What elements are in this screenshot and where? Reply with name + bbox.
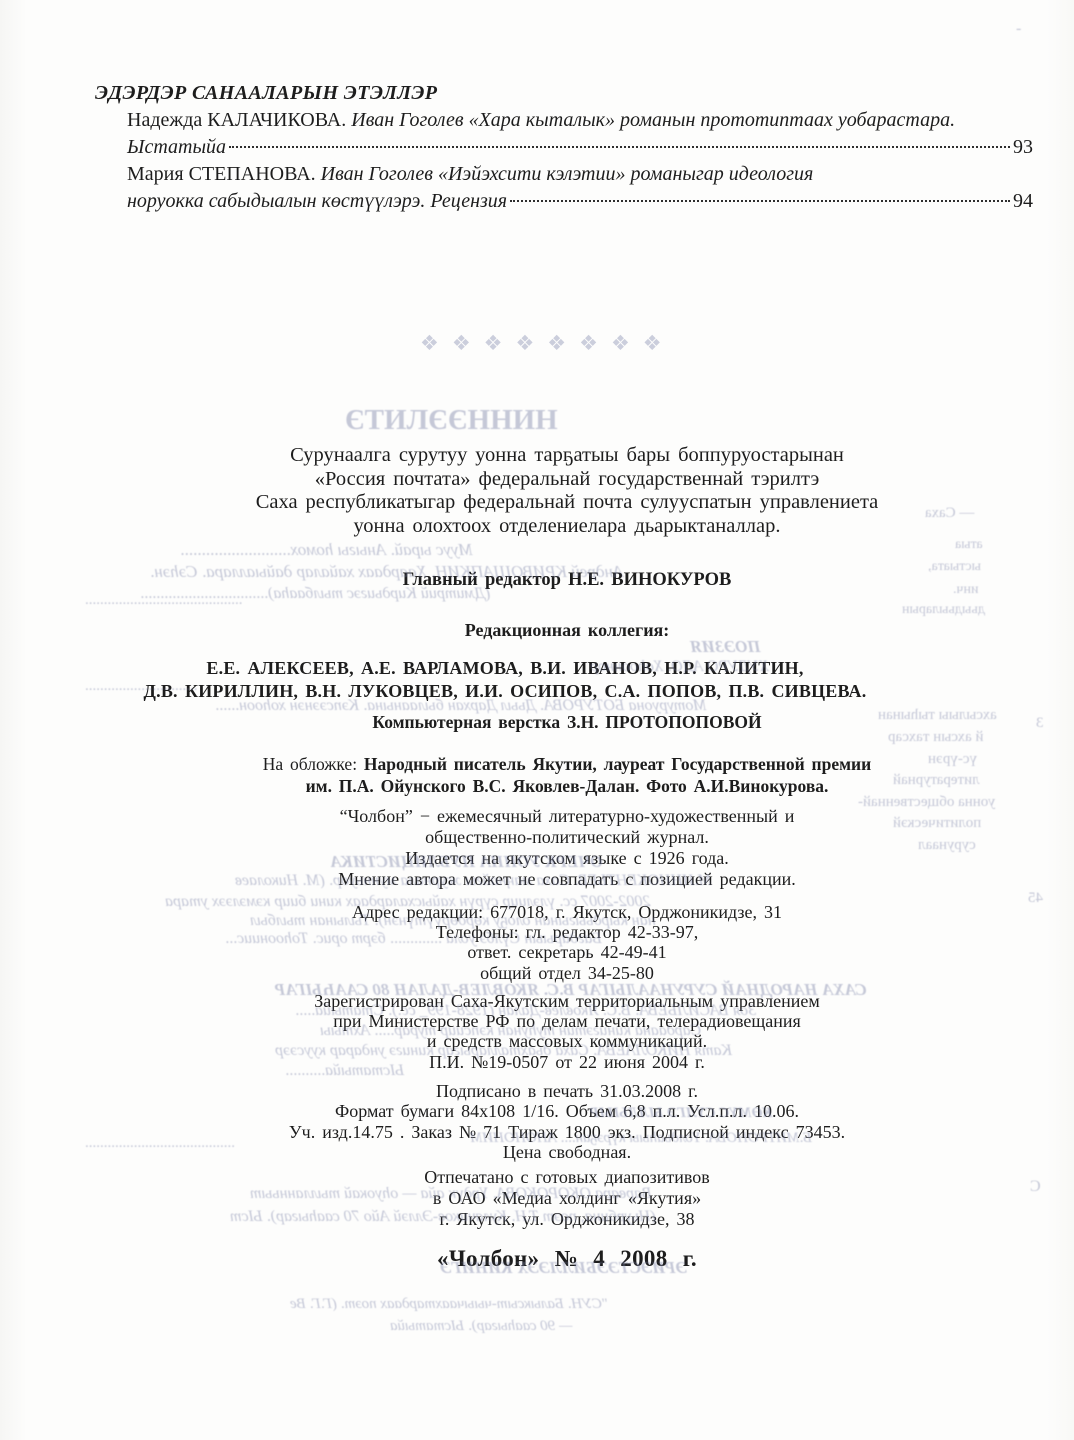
scanned-journal-colophon-page: ЭДЭРДЭР САНААЛАРЫН ЭТЭЛЛЭР Надежда КАЛАЧ…	[0, 0, 1074, 1440]
bleed-through-text: инч.	[953, 582, 979, 598]
toc-entry-title-cont: Ыстатыйа	[127, 134, 226, 161]
print-line: Формат бумаги 84х108 1/16. Объем 6,8 п.л…	[117, 1101, 1017, 1121]
bleed-through-text: ........................................…	[85, 592, 243, 609]
publisher-line: уонна олохтоох отделениелара дьарыктанал…	[117, 515, 1017, 539]
bleed-through-text: Сардаана кинигэтин туһунан кэпсиир турар…	[320, 1022, 701, 1040]
bleed-through-text: ХУДУРО АДО. Хоһооннор	[590, 658, 769, 676]
bleed-through-text: САХА НАРОДНАЙ СУРУНААЛЫГАР В.С. ЯКОВЛЕВ-…	[275, 980, 867, 1000]
bleed-through-text: атыа	[955, 537, 983, 553]
toc-entry-title-cont: норуокка сабыдыалын көстүүлэрэ. Рецензия	[127, 188, 507, 215]
toc-entry-title: Иван Гоголев «Иэйэхсити кэлэтии» романыг…	[321, 163, 814, 185]
bleed-through-text: уонна общественнай-	[858, 794, 995, 811]
bleed-through-text: ПОЭЗИЯ	[690, 637, 761, 657]
bleed-through-text: ОЧЕРК УОННА ПУБЛИЦИСТИКА	[330, 852, 603, 872]
editorial-board-title: Редакционная коллегия:	[117, 620, 1017, 641]
toc-entries: Надежда КАЛАЧИКОВА. Иван Гоголев «Хара к…	[127, 107, 1033, 215]
toc-entry: Надежда КАЛАЧИКОВА. Иван Гоголев «Хара к…	[127, 107, 1033, 134]
bleed-through-text: Ыстатыйа..........	[285, 1062, 404, 1080]
bleed-through-text: (Ньурбина, поэт Т.Н. Кулачиков-Эллэй Айо…	[230, 1208, 656, 1226]
toc-entry-author: Мария СТЕПАНОВА.	[127, 163, 321, 185]
bleed-through-text: нан кырдьыгынан олоҕу көрдөрүүтүнэн). Ты…	[250, 912, 656, 930]
cover-text: Народный писатель Якутии, лауреат Госуда…	[364, 754, 871, 774]
bleed-through-text: үс-үрэн	[928, 751, 977, 768]
bleed-through-text: ........................................	[85, 1135, 235, 1152]
publisher-line: «Россия почтата» федеральнай государстве…	[117, 468, 1017, 492]
toc-entry: Мария СТЕПАНОВА. Иван Гоголев «Иэйэхсити…	[127, 161, 1033, 188]
bleed-through-text: Катя НИКОЛАЕВА. Саха дьахталларыгар кини…	[275, 1042, 732, 1060]
bleed-through-text: ЭРИЭСТЭЭБИЛЛЭЭХ КИНИГЭ	[440, 1258, 687, 1278]
cover-description: На обложке: Народный писатель Якутии, ла…	[117, 754, 1017, 797]
bleed-through-text: Андрей КРИВОШАПКИН. Хаардаах хайалар дай…	[150, 562, 623, 582]
bleed-through-text: — Саха	[925, 505, 974, 522]
bleed-through-text: ЄТИЛЄЄННИН	[345, 404, 558, 437]
print-line: Подписано в печать 31.03.2008 г.	[117, 1081, 1017, 1101]
bleed-through-text: литературнай	[893, 772, 980, 789]
bleed-through-text: ыстыата,	[928, 559, 981, 575]
bleed-through-text: сурунаал	[918, 837, 976, 854]
bleed-through-text: Б.МИТРОНОВА. Үолдьаһыы күрэҕин.... АНОНО…	[470, 1130, 812, 1147]
bleed-through-text: Варвара ОКОРОКОВА. Үрдүк айа — оһуокай т…	[250, 1185, 652, 1203]
bleed-through-text: политическэй	[893, 815, 981, 832]
publisher-line: Сурунаалга сурутуу уонна тарҕатыы бары б…	[117, 444, 1017, 468]
publisher-line: Саха республикатыгар федеральнай почта с…	[117, 491, 1017, 515]
bleed-through-text: 2002-2007 сс. үлэлиир сүрүн хайысхаларда…	[165, 893, 651, 911]
bleed-through-text: С	[1030, 1178, 1041, 1196]
bleed-through-text: дьыдьыларын	[902, 602, 985, 618]
bleed-through-text: — 90 сааһыгар). Ыстатыйа	[390, 1318, 572, 1335]
cover-line: На обложке: Народный писатель Якутии, ла…	[117, 754, 1017, 776]
bleed-through-text: Муус ырай. Аныгы һомох..................…	[180, 540, 473, 560]
bleed-through-text: Зоя ВАСИЛЬЕВА. В.С. Яковлев-Далан (1928-…	[295, 1002, 756, 1020]
bleed-through-text: -	[1016, 20, 1021, 38]
publisher-statement: Сурунаалга сурутуу уонна тарҕатыы бары б…	[117, 444, 1017, 539]
toc-page-number: 93	[1013, 134, 1033, 161]
toc-entry-author: Надежда КАЛАЧИКОВА.	[127, 109, 351, 131]
bleed-through-text: КӨМҮС СҮЛГЭ ЫЛЛЫЫР	[590, 1105, 773, 1122]
toc-page-number: 94	[1013, 188, 1033, 215]
bleed-through-text: ахсылыы тыһынан	[878, 707, 997, 724]
toc-section-header: ЭДЭРДЭР САНААЛАРЫН ЭТЭЛЛЭР	[95, 80, 1033, 107]
dotted-leader	[229, 145, 1010, 148]
bleed-through-text: 45	[1028, 890, 1043, 907]
bleed-through-text: 3	[1036, 715, 1044, 732]
bleed-through-text: "СУН. Балыксыт-чыычаахтардаах поэт. (Г.Г…	[290, 1296, 608, 1313]
bleed-through-text: ..............................	[85, 678, 198, 695]
dotted-leader	[510, 199, 1010, 202]
toc-entry-title: Иван Гоголев «Хара кыталык» романын прот…	[351, 109, 955, 131]
diamond-ornament-row: ❖❖❖❖❖❖❖❖	[420, 331, 675, 355]
board-members-line: Е.Е. АЛЕКСЕЕВ, А.Е. ВАРЛАМОВА, В.И. ИВАН…	[55, 657, 955, 680]
bleed-through-text: Мотуруона БОТУРОВА. Дьыл Дархан былаанын…	[215, 697, 706, 715]
toc-entry-leader-line: Ыстатыйа 93	[127, 134, 1033, 161]
bleed-through-text: Багдарыын Сүлбэ уола ............. бэрт …	[225, 930, 602, 948]
cover-label: На обложке:	[263, 754, 364, 774]
bleed-through-text: й ахсын тахсар	[888, 729, 983, 746]
print-data-block: Подписано в печать 31.03.2008 г. Формат …	[117, 1081, 1017, 1163]
about-line: общественно-политический журнал.	[117, 827, 1017, 848]
toc-entry-leader-line: норуокка сабыдыалын көстүүлэрэ. Рецензия…	[127, 188, 1033, 215]
toc-section: ЭДЭРДЭР САНААЛАРЫН ЭТЭЛЛЭР Надежда КАЛАЧ…	[95, 80, 1033, 215]
bleed-through-text: М.ИННОКЕНТЬЕВ. Саха маңнайгы журнала мун…	[235, 872, 712, 890]
